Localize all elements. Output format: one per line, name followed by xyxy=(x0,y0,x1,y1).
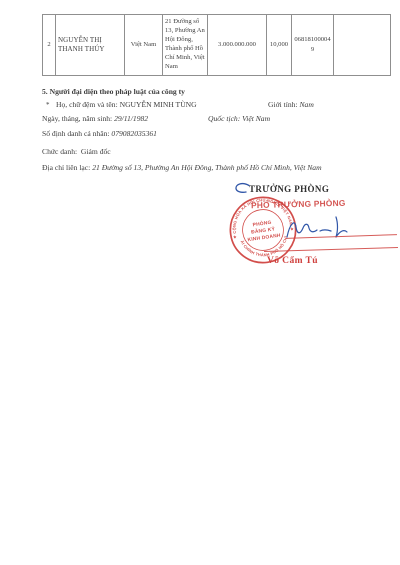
rep-name-value: NGUYỄN MINH TÙNG xyxy=(120,100,197,109)
cell-member-name: NGUYỄN THỊ THANH THÚY xyxy=(56,15,125,76)
gender-line: Giới tính: Nam xyxy=(268,100,314,109)
rep-name-line: *Họ, chữ đệm và tên: NGUYỄN MINH TÙNG xyxy=(46,100,197,109)
cell-id-number: 068181000049 xyxy=(292,15,334,76)
personal-id-value: 079082035361 xyxy=(111,129,157,138)
position-label: Chức danh: xyxy=(42,147,77,156)
personal-id-label: Số định danh cá nhân: xyxy=(42,129,110,138)
dob-label: Ngày, tháng, năm sinh: xyxy=(42,114,112,123)
dob-line: Ngày, tháng, năm sinh: 29/11/1982 xyxy=(42,114,148,123)
contact-value: 21 Đường số 13, Phường An Hội Đông, Thàn… xyxy=(92,163,321,172)
nationality-label: Quốc tịch: xyxy=(208,114,240,123)
dob-value: 29/11/1982 xyxy=(114,114,148,123)
cell-address: 21 Đường số 13, Phường An Hội Đông, Thàn… xyxy=(163,15,208,76)
seal-center-line1: PHÒNG xyxy=(252,218,272,229)
cell-note xyxy=(334,15,391,76)
seal-star-left: ★ xyxy=(233,234,239,240)
gender-label: Giới tính: xyxy=(268,100,298,109)
bullet-asterisk: * xyxy=(46,101,56,109)
personal-id-line: Số định danh cá nhân: 079082035361 xyxy=(42,129,157,138)
cell-percent: 10,000 xyxy=(267,15,292,76)
cell-capital: 3.000.000.000 xyxy=(208,15,267,76)
rep-name-label: Họ, chữ đệm và tên: xyxy=(56,100,118,109)
cell-nationality: Việt Nam xyxy=(125,15,163,76)
position-line: Chức danh: Giám đốc xyxy=(42,147,111,156)
contact-label: Địa chỉ liên lạc: xyxy=(42,163,90,172)
handwritten-signature xyxy=(284,214,350,244)
contact-line: Địa chỉ liên lạc: 21 Đường số 13, Phường… xyxy=(42,162,382,174)
table-row: 2 NGUYỄN THỊ THANH THÚY Việt Nam 21 Đườn… xyxy=(43,15,391,76)
members-table: 2 NGUYỄN THỊ THANH THÚY Việt Nam 21 Đườn… xyxy=(42,14,391,76)
signer-name: Võ Cẩm Tú xyxy=(267,256,318,266)
handwritten-initials-mark xyxy=(233,182,253,196)
nationality-line: Quốc tịch: Việt Nam xyxy=(208,114,270,123)
position-value: Giám đốc xyxy=(81,147,111,156)
cell-row-number: 2 xyxy=(43,15,56,76)
nationality-value: Việt Nam xyxy=(242,114,270,123)
gender-value: Nam xyxy=(299,100,313,109)
section5-heading: 5. Người đại diện theo pháp luật của côn… xyxy=(42,87,185,96)
document-page: 2 NGUYỄN THỊ THANH THÚY Việt Nam 21 Đườn… xyxy=(0,0,400,565)
